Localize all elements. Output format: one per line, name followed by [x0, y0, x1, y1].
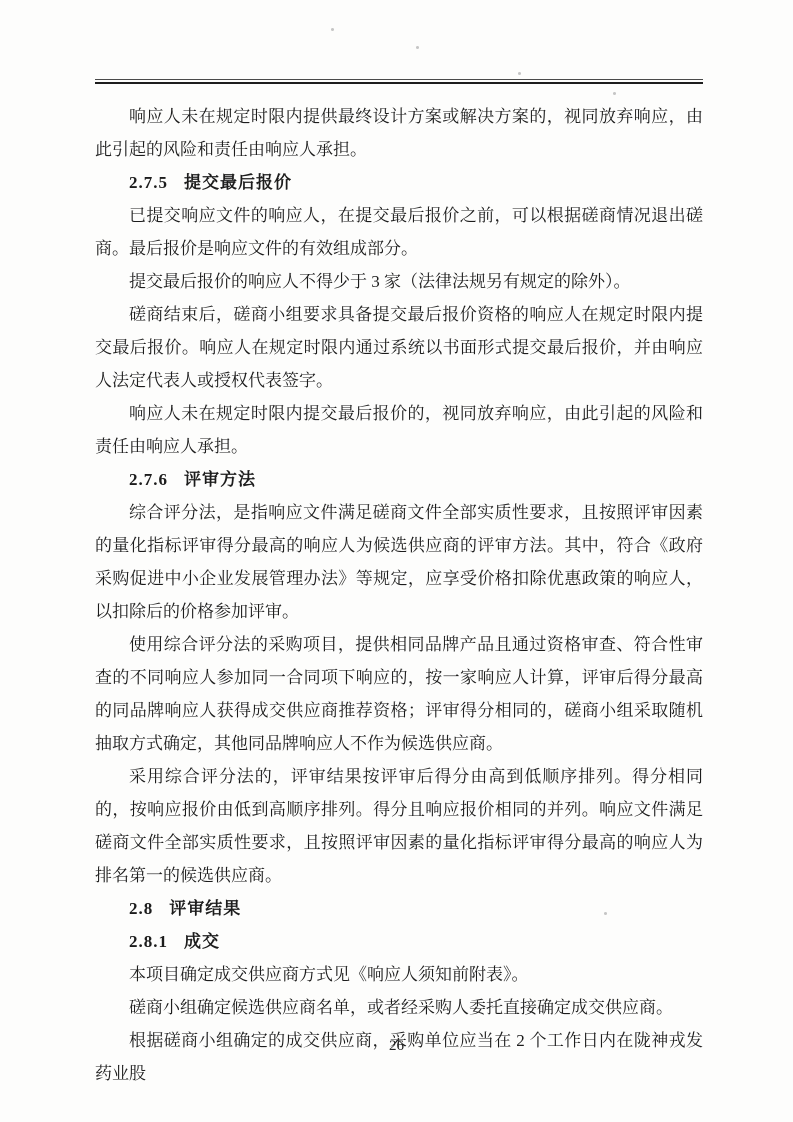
paragraph-final-quote-deadline-risk: 响应人未在规定时限内提交最后报价的，视同放弃响应，由此引起的风险和责任由响应人承…: [95, 397, 703, 463]
paragraph-design-scheme-deadline: 响应人未在规定时限内提供最终设计方案或解决方案的，视同放弃响应，由此引起的风险和…: [95, 100, 703, 166]
section-title: 提交最后报价: [184, 173, 292, 192]
section-number: 2.8.1: [129, 932, 168, 951]
section-heading-2-7-6: 2.7.6评审方法: [95, 463, 703, 496]
paragraph-withdraw-before-final-quote: 已提交响应文件的响应人，在提交最后报价之前，可以根据磋商情况退出磋商。最后报价是…: [95, 199, 703, 265]
scan-speck: [416, 46, 419, 49]
section-number: 2.8: [129, 899, 153, 918]
document-page: 响应人未在规定时限内提供最终设计方案或解决方案的，视同放弃响应，由此引起的风险和…: [0, 0, 793, 1122]
paragraph-ranking-rule: 采用综合评分法的，评审结果按评审后得分由高到低顺序排列。得分相同的，按响应报价由…: [95, 760, 703, 892]
section-number: 2.7.5: [129, 173, 168, 192]
paragraph-minimum-three-bidders: 提交最后报价的响应人不得少于 3 家（法律法规另有规定的除外）。: [95, 265, 703, 298]
paragraph-award-announcement: 根据磋商小组确定的成交供应商，采购单位应当在 2 个工作日内在陇神戎发药业股: [95, 1024, 703, 1090]
paragraph-final-quote-submission: 磋商结束后，磋商小组要求具备提交最后报价资格的响应人在规定时限内提交最后报价。响…: [95, 298, 703, 397]
section-number: 2.7.6: [129, 470, 168, 489]
scan-speck: [518, 72, 521, 75]
scan-speck: [613, 92, 616, 95]
scan-speck: [331, 28, 334, 31]
paragraph-award-method-reference: 本项目确定成交供应商方式见《响应人须知前附表》。: [95, 958, 703, 991]
section-title: 评审方法: [184, 470, 256, 489]
document-body: 响应人未在规定时限内提供最终设计方案或解决方案的，视同放弃响应，由此引起的风险和…: [95, 100, 703, 1090]
paragraph-comprehensive-scoring-method: 综合评分法，是指响应文件满足磋商文件全部实质性要求，且按照评审因素的量化指标评审…: [95, 496, 703, 628]
paragraph-same-brand-rule: 使用综合评分法的采购项目，提供相同品牌产品且通过资格审查、符合性审查的不同响应人…: [95, 628, 703, 760]
section-title: 评审结果: [169, 899, 241, 918]
section-title: 成交: [184, 932, 220, 951]
paragraph-candidate-supplier-list: 磋商小组确定候选供应商名单，或者经采购人委托直接确定成交供应商。: [95, 991, 703, 1024]
page-number: 26: [0, 1038, 793, 1055]
section-heading-2-8: 2.8评审结果: [95, 892, 703, 925]
section-heading-2-7-5: 2.7.5提交最后报价: [95, 166, 703, 199]
header-rule: [95, 79, 703, 84]
section-heading-2-8-1: 2.8.1成交: [95, 925, 703, 958]
